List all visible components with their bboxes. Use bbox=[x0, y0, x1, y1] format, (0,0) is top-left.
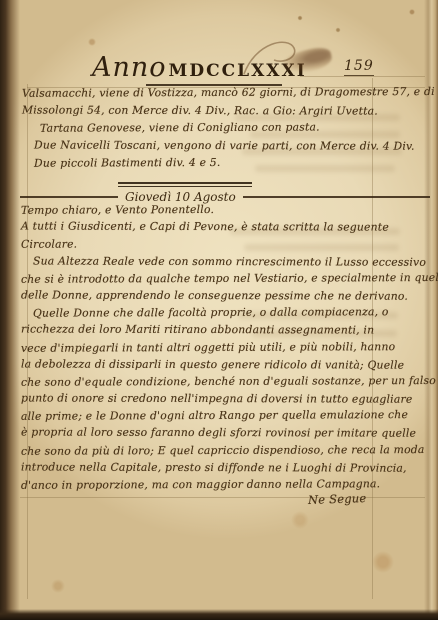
date-heading: Giovedì 10 Agosto bbox=[125, 190, 236, 204]
manuscript-line: alle prime; e le Donne d'ogni altro Rang… bbox=[21, 408, 377, 427]
pagenumber-rule bbox=[300, 76, 425, 77]
date-rule-left bbox=[20, 196, 118, 197]
manuscript-line: Due Navicelli Toscani, vengono di varie … bbox=[22, 138, 378, 157]
diary-body: Tempo chiaro, e Vento Ponentello. A tutt… bbox=[21, 203, 377, 495]
catchword-ne-segue: Ne Segue bbox=[307, 491, 366, 507]
manuscript-line: delle Donne, apprendendo le conseguenze … bbox=[21, 288, 377, 306]
manuscript-line: la debolezza di dissiparli in questo gen… bbox=[21, 357, 377, 375]
manuscript-page-photo: AnnoMDCCLXXXI 159 Valsamacchi, viene di … bbox=[0, 0, 438, 620]
manuscript-line: ricchezza dei loro Mariti ritirano abbon… bbox=[21, 323, 377, 341]
photo-bottom-edge bbox=[0, 609, 438, 620]
manuscript-line: Quelle Donne che dalle facoltà proprie, … bbox=[21, 305, 377, 324]
manuscript-line: Valsamacchi, viene di Vostizza, mancò 62… bbox=[22, 85, 378, 104]
manuscript-line: è propria al loro sesso faranno degli sf… bbox=[21, 426, 377, 444]
manuscript-line: Sua Altezza Reale vede con sommo rincres… bbox=[21, 254, 377, 272]
arrivals-block: Valsamacchi, viene di Vostizza, mancò 62… bbox=[22, 86, 378, 174]
pen-flourish bbox=[236, 34, 306, 80]
manuscript-line: punto di onore si credono nell'impegna d… bbox=[21, 392, 377, 410]
book-binding-edge bbox=[0, 0, 20, 620]
manuscript-line: Due piccoli Bastimenti div. 4 e 5. bbox=[22, 156, 378, 175]
manuscript-line: Circolare. bbox=[21, 237, 377, 256]
manuscript-line: che sono da più di loro; E quel capricci… bbox=[21, 443, 377, 462]
manuscript-line: A tutti i Giusdicenti, e Capi di Pevone,… bbox=[21, 220, 377, 238]
manuscript-line: vece d'impiegarli in tanti altri oggetti… bbox=[21, 340, 377, 359]
manuscript-line: Missolongi 54, con Merce div. 4 Div., Ra… bbox=[22, 103, 378, 122]
anno-script-word: Anno bbox=[92, 52, 167, 83]
page-number: 159 bbox=[344, 58, 374, 76]
manuscript-line: introduce nella Capitale, presto si diff… bbox=[21, 460, 377, 478]
manuscript-line: Tartana Genovese, viene di Conigliano co… bbox=[22, 120, 378, 139]
section-double-rule bbox=[118, 182, 252, 189]
date-rule-right bbox=[243, 196, 430, 197]
manuscript-line: che sono d'equale condizione, benché non… bbox=[21, 374, 377, 393]
manuscript-line: che si è introdotto da qualche tempo nel… bbox=[21, 271, 377, 290]
weather-line: Tempo chiaro, e Vento Ponentello. bbox=[21, 202, 377, 221]
